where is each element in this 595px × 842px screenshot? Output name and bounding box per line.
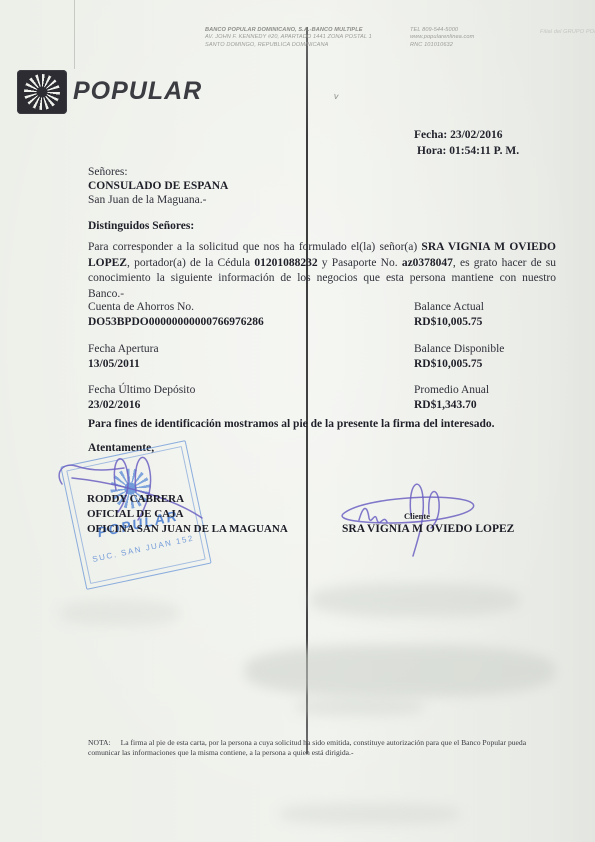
bleed-through-mark	[245, 645, 555, 697]
letter-greeting: Distinguidos Señores:	[88, 219, 194, 233]
footnote: NOTA:La firma al pie de esta carta, por …	[88, 738, 538, 758]
bleed-through-mark	[60, 600, 180, 626]
officer-name: RODDY CABRERA	[87, 492, 288, 507]
balance-actual-label: Balance Actual	[414, 300, 564, 315]
footnote-label: NOTA:	[88, 738, 111, 747]
bank-rnc: RNC 101010632	[410, 42, 520, 49]
scan-edge-line	[74, 0, 75, 69]
balance-actual-value: RD$10,005.75	[414, 315, 564, 330]
paragraph-segment: , portador(a) de la Cédula	[127, 257, 254, 269]
paragraph-segment: Para corresponder a la solicitud que nos…	[88, 241, 421, 253]
client-name-line: SRA VIGNIA M OVIEDO LOPEZ	[342, 523, 514, 535]
promedio-anual-value: RD$1,343.70	[414, 398, 564, 413]
recipient-location: San Juan de la Maguana.-	[88, 193, 228, 207]
pinwheel-icon	[24, 74, 60, 110]
account-info-row: Fecha Apertura 13/05/2011 Balance Dispon…	[88, 342, 558, 371]
officer-signature-block: RODDY CABRERA OFICIAL DE CAJA OFICINA SA…	[87, 492, 288, 537]
client-role-label: Cliente	[404, 511, 430, 521]
recipient-block: Señores: CONSULADO DE ESPANA San Juan de…	[88, 165, 228, 207]
recipient-name: CONSULADO DE ESPANA	[88, 179, 228, 193]
bleed-through-mark	[295, 698, 425, 716]
bank-logo-icon	[17, 70, 67, 114]
bleed-through-mark	[280, 803, 460, 825]
bank-filial-note: Filial del GRUPO POPULAR	[540, 29, 595, 36]
account-info-row: Fecha Último Depósito 23/02/2016 Promedi…	[88, 383, 558, 412]
bank-address-line1: AV. JOHN F. KENNEDY #20, APARTADO 1441 Z…	[205, 34, 405, 41]
bleed-through-mark	[310, 583, 520, 617]
fecha-line: Fecha: 23/02/2016	[414, 128, 519, 144]
scanned-letter-page: v BANCO POPULAR DOMINICANO, S.A.-BANCO M…	[0, 0, 595, 842]
bank-name: BANCO POPULAR DOMINICANO, S.A.-BANCO MUL…	[205, 27, 405, 34]
officer-title: OFICIAL DE CAJA	[87, 507, 288, 522]
bank-website: www.popularenlinea.com	[410, 34, 520, 41]
passport-number: az0378047	[402, 257, 453, 269]
footnote-line2: comunicar las informaciones que la misma…	[88, 748, 538, 758]
balance-disponible-value: RD$10,005.75	[414, 357, 564, 372]
bank-address-line2: SANTO DOMINGO, REPUBLICA DOMINICANA	[205, 42, 405, 49]
officer-office: OFICINA SAN JUAN DE LA MAGUANA	[87, 522, 288, 537]
letterhead-address-block: BANCO POPULAR DOMINICANO, S.A.-BANCO MUL…	[205, 27, 405, 49]
stray-ink-mark: v	[333, 91, 339, 102]
paragraph-segment: y Pasaporte No.	[318, 257, 402, 269]
date-time-block: Fecha: 23/02/2016 Hora: 01:54:11 P. M.	[414, 128, 519, 159]
balance-disponible-label: Balance Disponible	[414, 342, 564, 357]
promedio-anual-label: Promedio Anual	[414, 383, 564, 398]
recipient-salutation: Señores:	[88, 165, 228, 179]
cedula-number: 01201088232	[254, 257, 317, 269]
letterhead-contact-block: TEL 809-544-5000 www.popularenlinea.com …	[410, 27, 520, 49]
letter-body-paragraph: Para corresponder a la solicitud que nos…	[88, 240, 556, 302]
bank-wordmark: POPULAR	[73, 77, 202, 106]
bank-phone: TEL 809-544-5000	[410, 27, 520, 34]
identification-note: Para fines de identificación mostramos a…	[88, 418, 558, 430]
footnote-line1: La firma al pie de esta carta, por la pe…	[121, 738, 526, 747]
account-info-row: Cuenta de Ahorros No. DO53BPDO0000000000…	[88, 300, 558, 329]
hora-line: Hora: 01:54:11 P. M.	[414, 144, 519, 160]
